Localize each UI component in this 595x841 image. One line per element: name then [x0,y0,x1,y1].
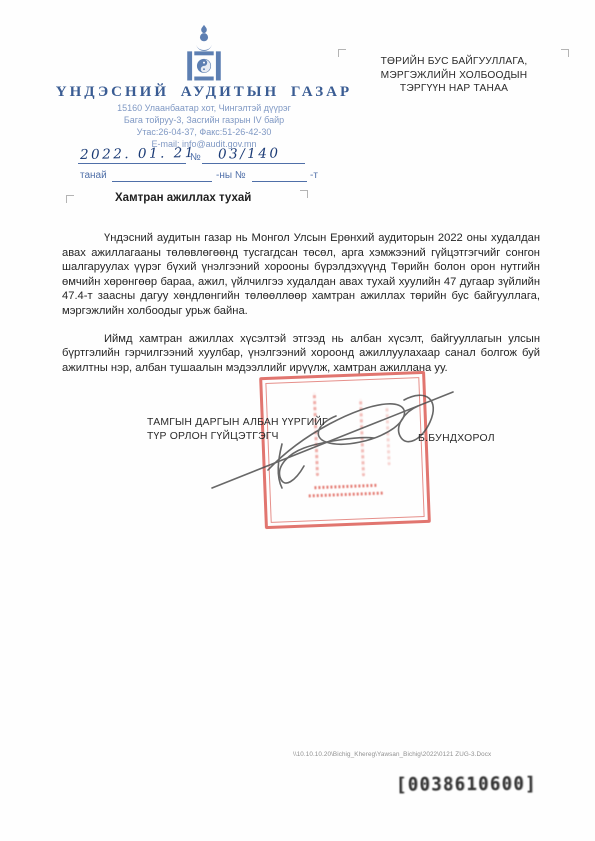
corner-mark-subject-right [300,190,308,198]
subject-line: Хамтран ажиллах тухай [115,192,251,204]
signer-title-line-1: ТАМГЫН ДАРГЫН АЛБАН ҮҮРГИЙГ [147,417,328,428]
your-ref-underline-2 [252,181,307,182]
address-line-4: E-mail: info@audit.gov.mn [20,138,388,150]
letter-body: Үндэсний аудитын газар нь Монгол Улсын Е… [62,231,540,388]
date-underline [78,163,186,164]
handwritten-number: 03/140 [218,145,281,162]
address-line-3: Утас:26-04-37, Факс:51-26-42-30 [20,126,388,138]
signer-title-line-2: ТҮР ОРЛОН ГҮЙЦЭТГЭГЧ [147,431,279,442]
stamped-document-number: [0038610600] [396,774,537,797]
signer-name: Б.БУНДХОРОЛ [418,433,495,444]
recipient-block: ТӨРИЙН БУС БАЙГУУЛЛАГА, МЭРГЭЖЛИЙН ХОЛБО… [340,55,568,96]
soyombo-emblem-icon [177,24,231,89]
recipient-line-1: ТӨРИЙН БУС БАЙГУУЛЛАГА, [340,55,568,69]
scanned-letter-page: ҮНДЭСНИЙ АУДИТЫН ГАЗАР 15160 Улаанбаатар… [0,0,595,841]
body-paragraph-1: Үндэсний аудитын газар нь Монгол Улсын Е… [62,231,540,319]
body-paragraph-2: Иймд хамтран ажиллах хүсэлтэй этгээд нь … [62,332,540,376]
your-ref-suffix: -т [310,170,318,181]
your-ref-underline-1 [112,181,212,182]
address-line-2: Бага тойруу-3, Засгийн газрын IV байр [20,114,388,126]
recipient-line-2: МЭРГЭЖЛИЙН ХОЛБООДЫН [340,69,568,83]
org-address: 15160 Улаанбаатар хот, Чингэлтэй дүүрэг … [20,102,388,150]
handwritten-date: 2022. 01. 21 [80,145,196,163]
signer-title: ТАМГЫН ДАРГЫН АЛБАН ҮҮРГИЙГТҮР ОРЛОН ГҮЙ… [147,416,328,443]
number-underline [202,163,305,164]
document-file-path: \\10.10.10.20\Bichig_Khereg\Yawsan_Bichi… [293,751,491,758]
number-sign: № [190,152,201,163]
address-line-1: 15160 Улаанбаатар хот, Чингэлтэй дүүрэг [20,102,388,114]
corner-mark-subject-left [66,195,74,203]
org-name: ҮНДЭСНИЙ АУДИТЫН ГАЗАР [20,84,388,101]
your-ref-middle: -ны № [216,170,246,181]
recipient-line-3: ТЭРГҮҮН НАР ТАНАА [340,82,568,96]
your-ref-label: танай [80,170,107,181]
